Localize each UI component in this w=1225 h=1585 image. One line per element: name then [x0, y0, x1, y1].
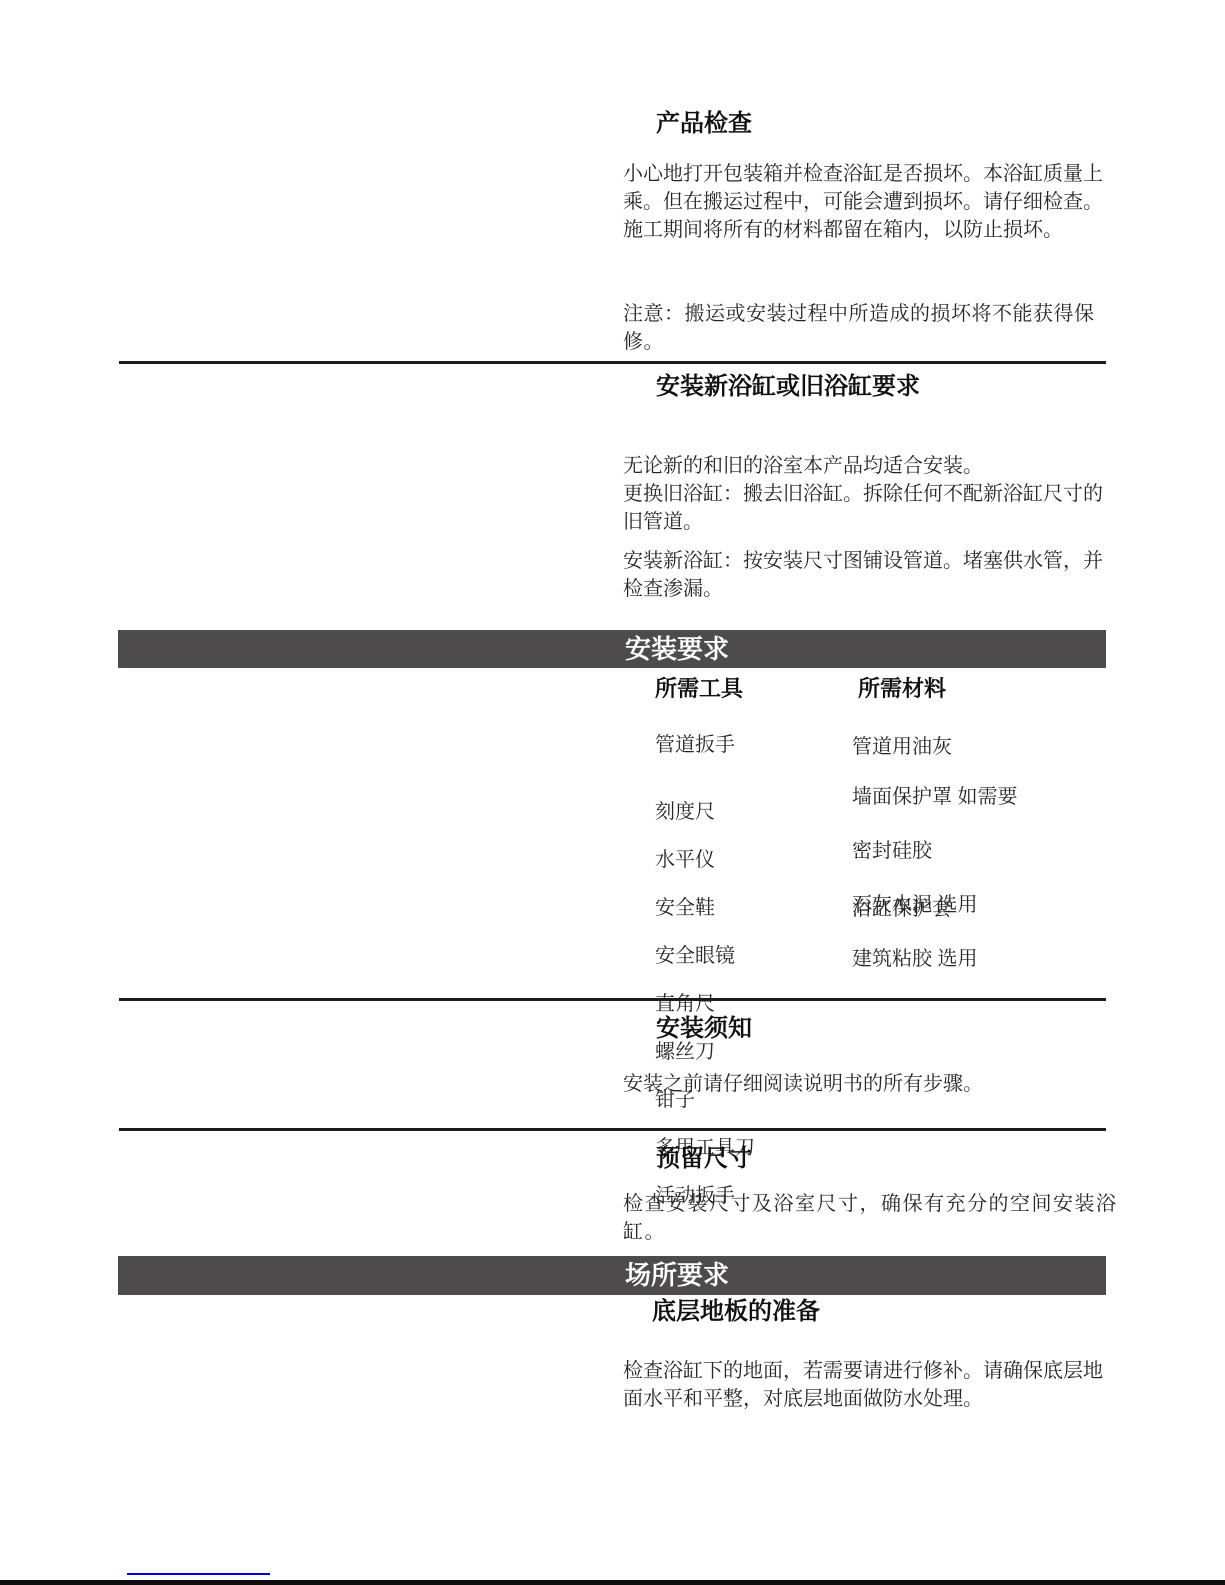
section-title-product-inspection: 产品检查: [656, 112, 752, 136]
page-bottom-edge: [0, 1580, 1225, 1585]
section-title-subfloor-preparation: 底层地板的准备: [652, 1300, 820, 1324]
tool-item: 刻度尺: [655, 800, 755, 824]
tool-item: 螺丝刀: [655, 1040, 755, 1064]
section-title-reserved-size: 预留尺寸: [656, 1147, 752, 1171]
tool-item: 安全眼镜: [655, 944, 755, 968]
paragraph-subfloor-preparation-body: 检查浴缸下的地面，若需要请进行修补。请确保底层地 面水平和平整，对底层地面做防水…: [623, 1357, 1123, 1413]
divider: [119, 1128, 1106, 1131]
tool-item: 管道扳手: [655, 728, 735, 757]
material-item: 浴缸保护套: [852, 892, 952, 921]
paragraph-install-notice-body: 安装之前请仔细阅读说明书的所有步骤。: [623, 1070, 1123, 1098]
material-item: 建筑粘胶 选用: [852, 946, 1018, 973]
materials-list: 墙面保护罩 如需要 密封硅胶 石灰水泥 选用 建筑粘胶 选用: [852, 757, 1018, 1000]
divider: [119, 361, 1106, 364]
column-header-tools: 所需工具: [655, 678, 743, 700]
paragraph-new-or-old-tub-2: 安装新浴缸：按安装尺寸图铺设管道。堵塞供水管，并 检查渗漏。: [623, 547, 1123, 603]
tool-item: 水平仪: [655, 848, 755, 872]
tool-item: 安全鞋: [655, 896, 755, 920]
footer-link-underline[interactable]: [127, 1573, 270, 1575]
divider: [119, 998, 1106, 1001]
paragraph-product-inspection-note: 注意：搬运或安装过程中所造成的损坏将不能获得保 修。: [623, 300, 1123, 356]
banner-site-requirements-label: 场所要求: [625, 1256, 729, 1295]
section-title-install-notice: 安装须知: [656, 1017, 752, 1041]
material-item: 墙面保护罩 如需要: [852, 784, 1018, 811]
tool-item: 直角尺: [655, 992, 755, 1016]
banner-install-requirements: 安装要求: [118, 630, 1106, 668]
manual-page: 产品检查 小心地打开包装箱并检查浴缸是否损坏。本浴缸质量上 乘。但在搬运过程中，…: [0, 0, 1225, 1585]
material-item: 密封硅胶: [852, 838, 1018, 865]
banner-install-requirements-label: 安装要求: [625, 630, 729, 668]
column-header-materials: 所需材料: [858, 678, 946, 700]
paragraph-new-or-old-tub-1: 无论新的和旧的浴室本产品均适合安装。 更换旧浴缸：搬去旧浴缸。拆除任何不配新浴缸…: [623, 452, 1123, 536]
paragraph-reserved-size-body: 检查安装尺寸及浴室尺寸，确保有充分的空间安装浴 缸。: [623, 1190, 1123, 1246]
material-item: 管道用油灰: [852, 730, 952, 759]
banner-site-requirements: 场所要求: [118, 1256, 1106, 1295]
section-title-new-or-old-tub: 安装新浴缸或旧浴缸要求: [656, 375, 920, 399]
paragraph-product-inspection-body: 小心地打开包装箱并检查浴缸是否损坏。本浴缸质量上 乘。但在搬运过程中，可能会遭到…: [623, 160, 1123, 244]
